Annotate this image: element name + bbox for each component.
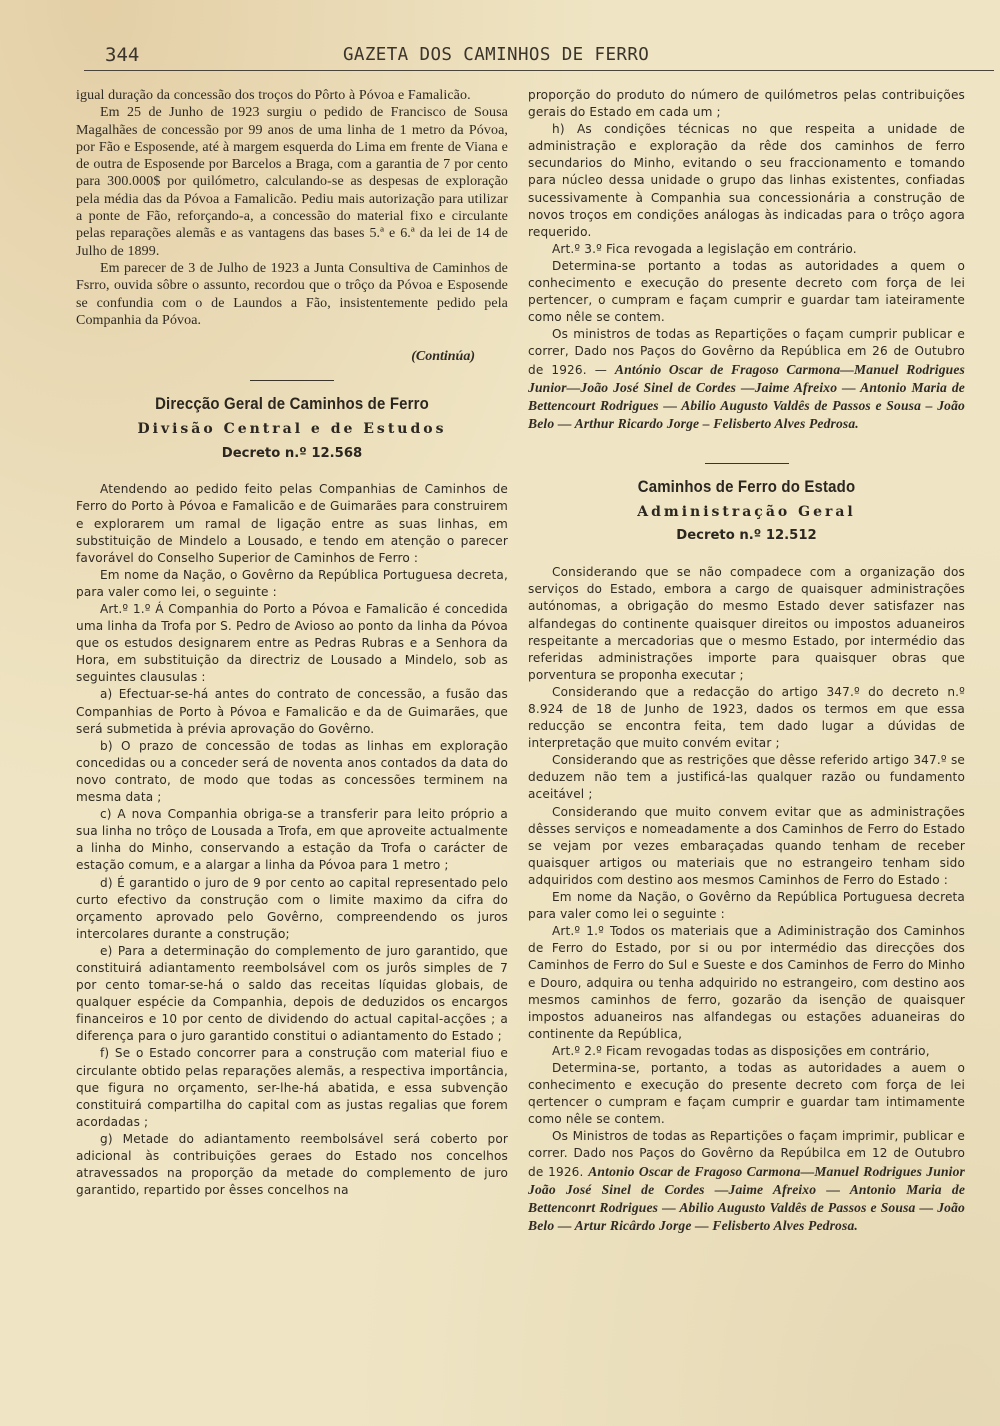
closing-paragraph: Os ministros de todas as Repartições o f… [528, 326, 965, 433]
left-column: igual duração da concessão dos troços do… [76, 87, 508, 1199]
article-3: Art.º 3.º Fica revogada a legislação em … [528, 241, 965, 258]
continued-marker: (Continúa) [76, 348, 475, 366]
page-number: 344 [105, 44, 139, 66]
paragraph: igual duração da concessão dos troços do… [76, 87, 508, 104]
paragraph: Considerando que a redacção do artigo 34… [528, 684, 965, 752]
section-divider [250, 380, 334, 381]
paragraph: Em parecer de 3 de Julho de 1923 a Junta… [76, 260, 508, 329]
decree-number: Decreto n.º 12.512 [528, 527, 965, 545]
paragraph: Determina-se, portanto, a todas as autor… [528, 1060, 965, 1128]
section-title: Direcção Geral de Caminhos de Ferro [102, 395, 482, 413]
decree-body: Atendendo ao pedido feito pelas Companhi… [76, 481, 508, 1199]
paragraph: Determina-se portanto a todas as autorid… [528, 258, 965, 326]
clause-f: f) Se o Estado concorrer para a construç… [76, 1045, 508, 1130]
clause-g: g) Metade do adiantamento reembolsável s… [76, 1131, 508, 1199]
clause-d: d) É garantido o juro de 9 por cento ao … [76, 875, 508, 943]
section-subtitle: Administração Geral [528, 504, 965, 522]
paragraph: Em nome da Nação, o Govêrno da República… [76, 567, 508, 601]
signatures: Antonio Oscar de Fragoso Carmona—Manuel … [528, 1164, 965, 1233]
paragraph: Art.º 1.º Á Companhia do Porto a Póvoa e… [76, 601, 508, 686]
clause-a: a) Efectuar-se-há antes do contrato de c… [76, 686, 508, 737]
journal-title: GAZETA DOS CAMINHOS DE FERRO [343, 45, 649, 65]
clause-c: c) A nova Companhia obriga-se a transfer… [76, 806, 508, 874]
paragraph: Considerando que muito convem evitar que… [528, 804, 965, 889]
paragraph: Considerando que as restrições que dêsse… [528, 752, 965, 803]
decree-number: Decreto n.º 12.568 [76, 445, 508, 463]
paragraph: Atendendo ao pedido feito pelas Companhi… [76, 481, 508, 566]
section-title: Caminhos de Ferro do Estado [554, 478, 939, 496]
article-2: Art.º 2.º Ficam revogadas todas as dispo… [528, 1043, 965, 1060]
paragraph: proporção do produto do número de quilóm… [528, 87, 965, 121]
paragraph: Em 25 de Junho de 1923 surgiu o pedido d… [76, 104, 508, 260]
decree-continuation: proporção do produto do número de quilóm… [528, 87, 965, 433]
clause-b: b) O prazo de concessão de todas as linh… [76, 738, 508, 806]
closing-paragraph: Os Ministros de todas as Repartições o f… [528, 1128, 965, 1235]
clause-e: e) Para a determinação do complemento de… [76, 943, 508, 1046]
paragraph: Em nome da Nação, o Govêrno da República… [528, 889, 965, 923]
section-subtitle: Divisão Central e de Estudos [76, 421, 508, 439]
paragraph: Considerando que se não compadece com a … [528, 564, 965, 684]
clause-h: h) As condições técnicas no que respeita… [528, 121, 965, 241]
decree-body: Considerando que se não compadece com a … [528, 564, 965, 1235]
continued-article: igual duração da concessão dos troços do… [76, 87, 508, 329]
running-header: 344 GAZETA DOS CAMINHOS DE FERRO [84, 40, 994, 71]
article-1: Art.º 1.º Todos os materiais que a Adimi… [528, 923, 965, 1043]
right-column: proporção do produto do número de quilóm… [528, 87, 965, 1235]
section-divider [705, 463, 789, 464]
newspaper-page: 344 GAZETA DOS CAMINHOS DE FERRO igual d… [0, 0, 1000, 1426]
